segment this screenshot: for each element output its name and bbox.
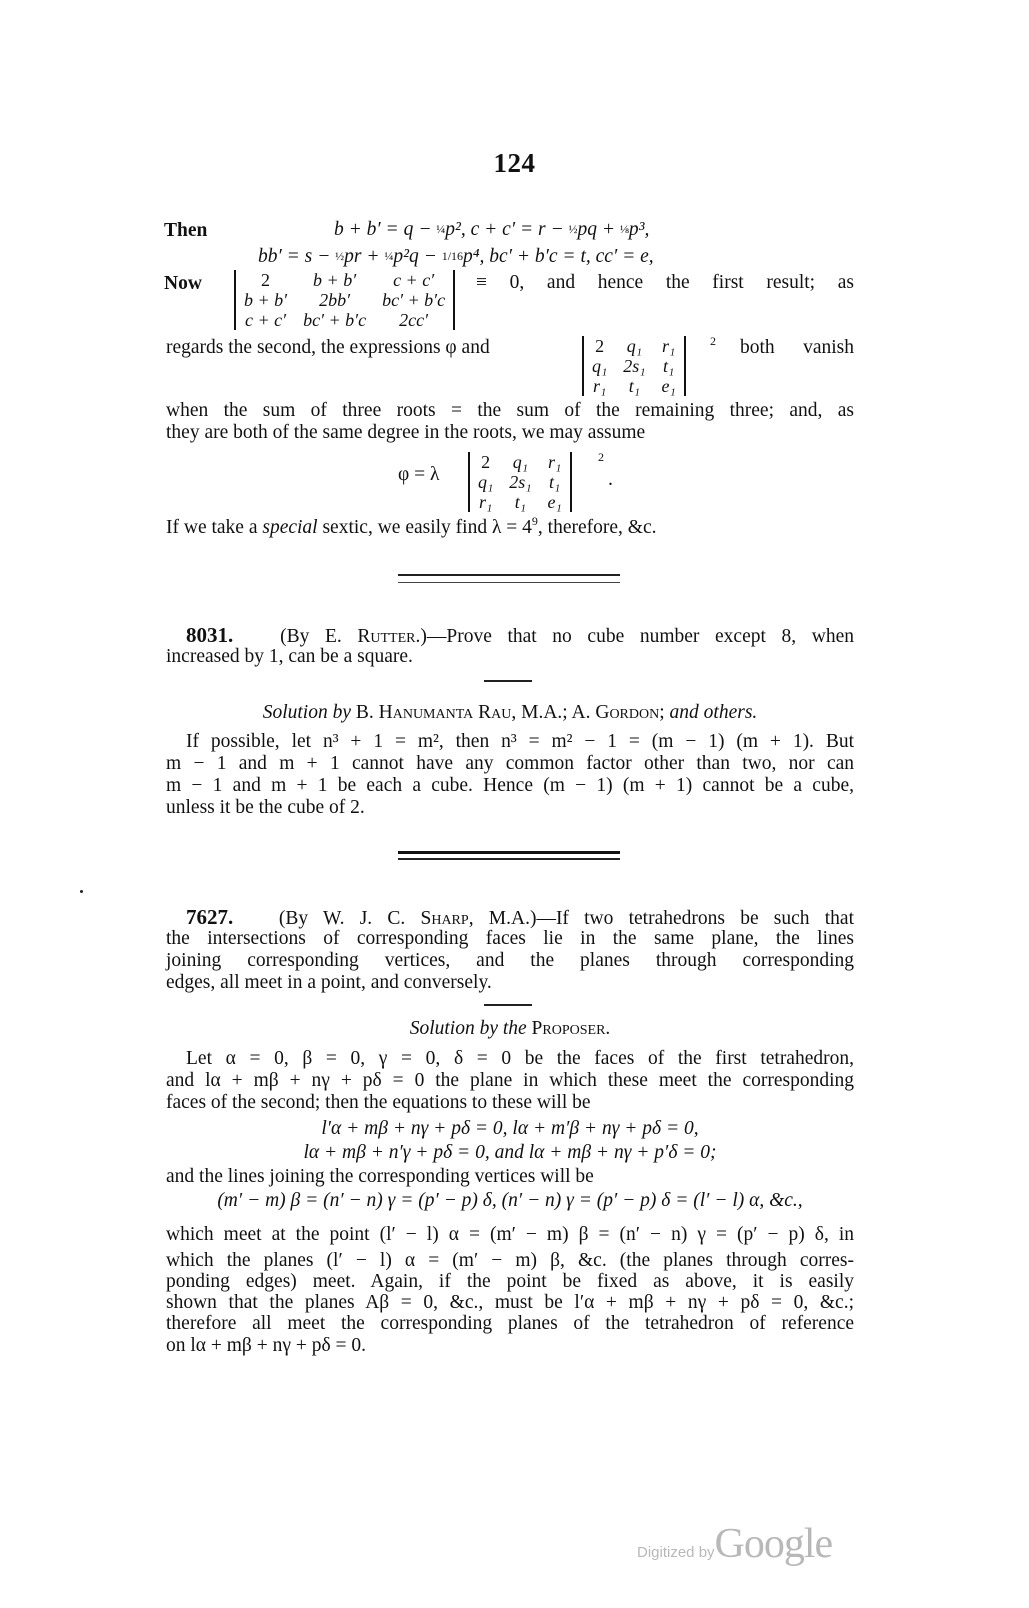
solution-7627-final: on lα + mβ + nγ + pδ = 0.	[166, 1335, 854, 1357]
solution-7627-body-1: which meet at the point (l′ − l) α = (m′…	[166, 1224, 854, 1246]
they-line: they are both of the same degree in the …	[166, 422, 854, 444]
then-equation-2: bb′ = s − ½pr + ¼p²q − 1/16p⁴, bc′ + b′c…	[258, 246, 654, 268]
solution-7627-line-1: Let α = 0, β = 0, γ = 0, δ = 0 be the fa…	[186, 1048, 854, 1070]
problem-8031-statement: 8031. (By E. Rutter.)—Prove that no cube…	[186, 624, 854, 648]
scan-speck	[80, 890, 83, 893]
solution-7627-line-2: and lα + mβ + nγ + pδ = 0 the plane in w…	[166, 1070, 854, 1092]
then-equation-1: b + b′ = q − ¼p², c + c′ = r − ½pq + ⅛p³…	[334, 219, 649, 241]
det3-period: .	[608, 468, 613, 491]
det2-power: 2	[710, 334, 716, 349]
solution-8031-line-4: unless it be the cube of 2.	[166, 797, 854, 819]
now-text: ≡ 0, and hence the first result; as	[476, 272, 854, 294]
solution-7627-line-3: faces of the second; then the equations …	[166, 1092, 854, 1114]
section-divider	[398, 574, 620, 583]
solution-7627-body-3: ponding edges) meet. Again, if the point…	[166, 1271, 854, 1293]
equation-line-3: (m′ − m) β = (n′ − n) γ = (p′ − p) δ, (n…	[166, 1190, 854, 1212]
problem-7627-line-2: the intersections of corresponding faces…	[166, 928, 854, 950]
solution-8031-line-3: m − 1 and m + 1 be each a cube. Hence (m…	[166, 775, 854, 797]
phi-equation: φ = λ	[398, 464, 439, 486]
equation-line-2: lα + mβ + n′γ + pδ = 0, and lα + mβ + nγ…	[166, 1142, 854, 1164]
digitized-by-google-watermark: Digitized byGoogle	[637, 1520, 832, 1568]
solution-7627-body-2: which the planes (l′ − l) α = (m′ − m) β…	[166, 1250, 854, 1272]
then-label: Then	[164, 220, 207, 242]
special-sextic-line: If we take a special sextic, we easily f…	[166, 517, 854, 539]
determinant-3: 2q₁r₁ q₁2s₁t₁ r₁t₁e₁	[468, 452, 572, 512]
solution-7627-body-4: shown that the planes Aβ = 0, &c., must …	[166, 1292, 854, 1314]
problem-7627-line-4: edges, all meet in a point, and converse…	[166, 972, 854, 994]
determinant-1: 2b + b′c + c′ b + b′2bb′bc′ + b′c c + c′…	[234, 270, 455, 330]
short-divider	[484, 680, 532, 682]
page-number: 124	[0, 148, 1029, 179]
solution-8031-heading: Solution by B. Hanumanta Rau, M.A.; A. G…	[166, 702, 854, 724]
solution-7627-heading: Solution by the Proposer.	[166, 1018, 854, 1040]
determinant-2: 2q₁r₁ q₁2s₁t₁ r₁t₁e₁	[582, 336, 686, 396]
both-vanish-text: both vanish	[740, 337, 854, 359]
section-divider	[398, 851, 620, 860]
problem-7627-line-3: joining corresponding vertices, and the …	[166, 950, 854, 972]
det3-power: 2	[598, 450, 604, 465]
equation-line-1: l′α + mβ + nγ + pδ = 0, lα + m′β + nγ + …	[166, 1118, 854, 1140]
solution-8031-line-1: If possible, let n³ + 1 = m², then n³ = …	[186, 731, 854, 753]
problem-8031-statement-2: increased by 1, can be a square.	[166, 646, 854, 668]
regards-text: regards the second, the expressions φ an…	[166, 337, 566, 359]
lines-joining-text: and the lines joining the corresponding …	[166, 1166, 854, 1188]
problem-7627-statement: 7627. (By W. J. C. Sharp, M.A.)—If two t…	[186, 906, 854, 930]
when-line: when the sum of three roots = the sum of…	[166, 400, 854, 422]
solution-7627-body-5: therefore all meet the corresponding pla…	[166, 1313, 854, 1335]
now-label: Now	[164, 273, 202, 295]
short-divider	[484, 1004, 532, 1006]
solution-8031-line-2: m − 1 and m + 1 cannot have any common f…	[166, 753, 854, 775]
